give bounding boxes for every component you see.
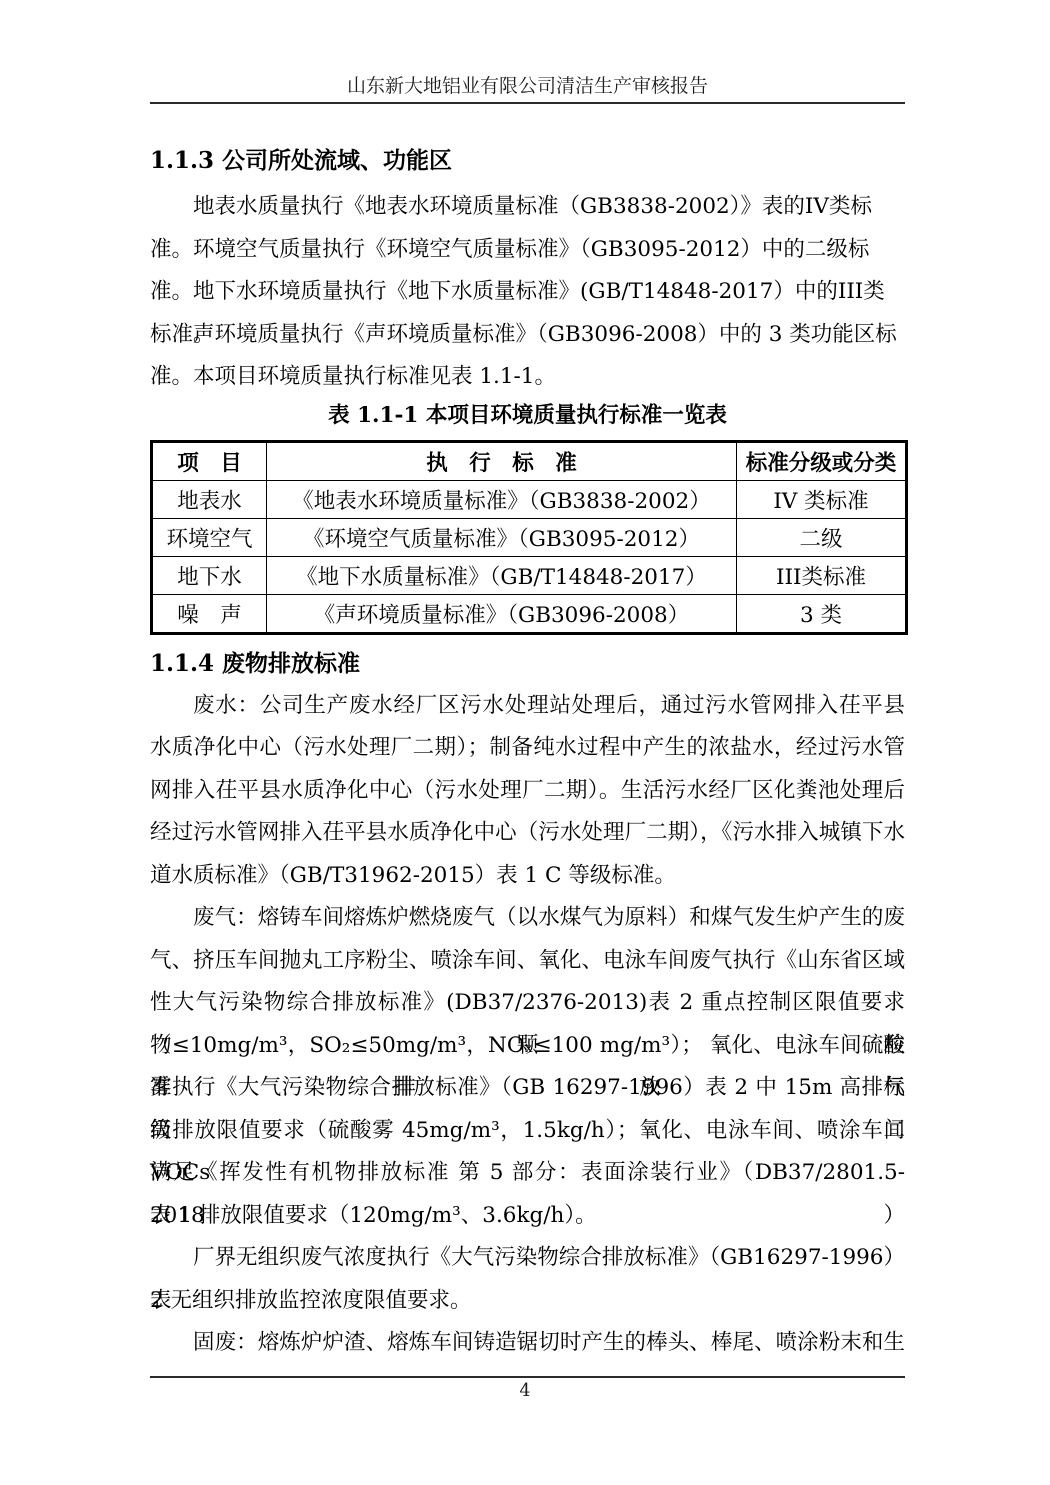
table-cell: IV 类标准 — [737, 480, 907, 518]
standards-table: 项 目 执 行 标 准 标准分级或分类 地表水 《地表水环境质量标准》（GB38… — [150, 440, 908, 635]
footer-rule — [150, 1376, 905, 1378]
paragraph-line: 水质净化中心（污水处理厂二期）；制备纯水过程中产生的浓盐水，经过污水管 — [150, 727, 905, 770]
paragraph-line: 物≤10mg/m³，SO₂≤50mg/m³，NOₓ≤100 mg/m³）； 氧化… — [150, 1025, 905, 1068]
table-header-cell: 执 行 标 准 — [267, 441, 737, 480]
paragraph-line: 气、挤压车间抛丸工序粉尘、喷涂车间、氧化、电泳车间废气执行《山东省区域 — [150, 940, 905, 983]
table-title: 表 1.1-1 本项目环境质量执行标准一览表 — [150, 399, 905, 430]
paragraph-line: 环境空气质量执行《环境空气质量标准》（GB3095-2012）中的二级标准。 — [150, 229, 905, 272]
document-page: 山东新大地铝业有限公司清洁生产审核报告 1.1.3 公司所处流域、功能区 地表水… — [0, 0, 1050, 1485]
table-row: 噪 声 《声环境质量标准》（GB3096-2008） 3 类 — [152, 594, 907, 633]
paragraph-line: 地下水环境质量执行《地下水质量标准》(GB/T14848-2017）中的III类… — [150, 271, 905, 314]
table-row: 地表水 《地表水环境质量标准》（GB3838-2002） IV 类标准 — [152, 480, 907, 518]
paragraph-line: 性大气污染物综合排放标准》(DB37/2376-2013)表 2 重点控制区限值… — [150, 982, 905, 1025]
paragraph-line: 固废：熔炼炉炉渣、熔炼车间铸造锯切时产生的棒头、棒尾、喷涂粉末和生 — [150, 1322, 905, 1365]
table-cell: 3 类 — [737, 594, 907, 633]
table-cell: 《声环境质量标准》（GB3096-2008） — [267, 594, 737, 633]
table-header-row: 项 目 执 行 标 准 标准分级或分类 — [152, 441, 907, 480]
paragraph-line: 道水质标准》（GB/T31962-2015）表 1 C 等级标准。 — [150, 855, 905, 898]
paragraph-line: 废水：公司生产废水经厂区污水处理站处理后，通过污水管网排入茌平县 — [150, 685, 905, 728]
paragraph-line: 2 无组织排放监控浓度限值要求。 — [150, 1280, 905, 1323]
table-header-cell: 标准分级或分类 — [737, 441, 907, 480]
header-rule — [150, 102, 905, 104]
paragraph-line: 准执行《大气污染物综合排放标准》（GB 16297-1996）表 2 中 15m… — [150, 1067, 905, 1110]
table-cell: 二级 — [737, 518, 907, 556]
section-114-heading: 1.1.4 废物排放标准 — [150, 650, 905, 678]
section-114-body: 废水：公司生产废水经厂区污水处理站处理后，通过污水管网排入茌平县 水质净化中心（… — [150, 685, 905, 1365]
page-header: 山东新大地铝业有限公司清洁生产审核报告 — [150, 0, 905, 104]
header-title: 山东新大地铝业有限公司清洁生产审核报告 — [150, 74, 905, 102]
paragraph-line: 地表水质量执行《地表水环境质量标准（GB3838-2002）》表的IV类标准。 — [150, 186, 905, 229]
table-cell: 《环境空气质量标准》（GB3095-2012） — [267, 518, 737, 556]
paragraph-line: 声环境质量执行《声环境质量标准》（GB3096-2008）中的 3 类功能区标准… — [150, 314, 905, 357]
paragraph-line: 级排放限值要求（硫酸雾 45mg/m³，1.5kg/h）；氧化、电泳车间、喷涂车… — [150, 1110, 905, 1153]
section-113-heading: 1.1.3 公司所处流域、功能区 — [150, 147, 905, 175]
paragraph-line: 经过污水管网排入茌平县水质净化中心（污水处理厂二期），《污水排入城镇下水 — [150, 812, 905, 855]
table-header-cell: 项 目 — [152, 441, 267, 480]
table-cell: 噪 声 — [152, 594, 267, 633]
paragraph-line: 网排入茌平县水质净化中心（污水处理厂二期）。生活污水经厂区化粪池处理后 — [150, 770, 905, 813]
table-cell: 地表水 — [152, 480, 267, 518]
table-cell: 地下水 — [152, 556, 267, 594]
paragraph-line: 本项目环境质量执行标准见表 1.1-1。 — [150, 356, 905, 399]
table-cell: 环境空气 — [152, 518, 267, 556]
paragraph-line: 满足《挥发性有机物排放标准 第 5 部分：表面涂装行业》（DB37/2801.5… — [150, 1152, 905, 1195]
table-cell: III类标准 — [737, 556, 907, 594]
table-cell: 《地下水质量标准》（GB/T14848-2017） — [267, 556, 737, 594]
page-number: 4 — [0, 1381, 1050, 1401]
table-row: 地下水 《地下水质量标准》（GB/T14848-2017） III类标准 — [152, 556, 907, 594]
table-row: 环境空气 《环境空气质量标准》（GB3095-2012） 二级 — [152, 518, 907, 556]
paragraph-line: 废气：熔铸车间熔炼炉燃烧废气（以水煤气为原料）和煤气发生炉产生的废 — [150, 897, 905, 940]
section-113-body: 地表水质量执行《地表水环境质量标准（GB3838-2002）》表的IV类标准。 … — [150, 186, 905, 399]
table-cell: 《地表水环境质量标准》（GB3838-2002） — [267, 480, 737, 518]
paragraph-line: 厂界无组织废气浓度执行《大气污染物综合排放标准》（GB16297-1996）表 — [150, 1237, 905, 1280]
